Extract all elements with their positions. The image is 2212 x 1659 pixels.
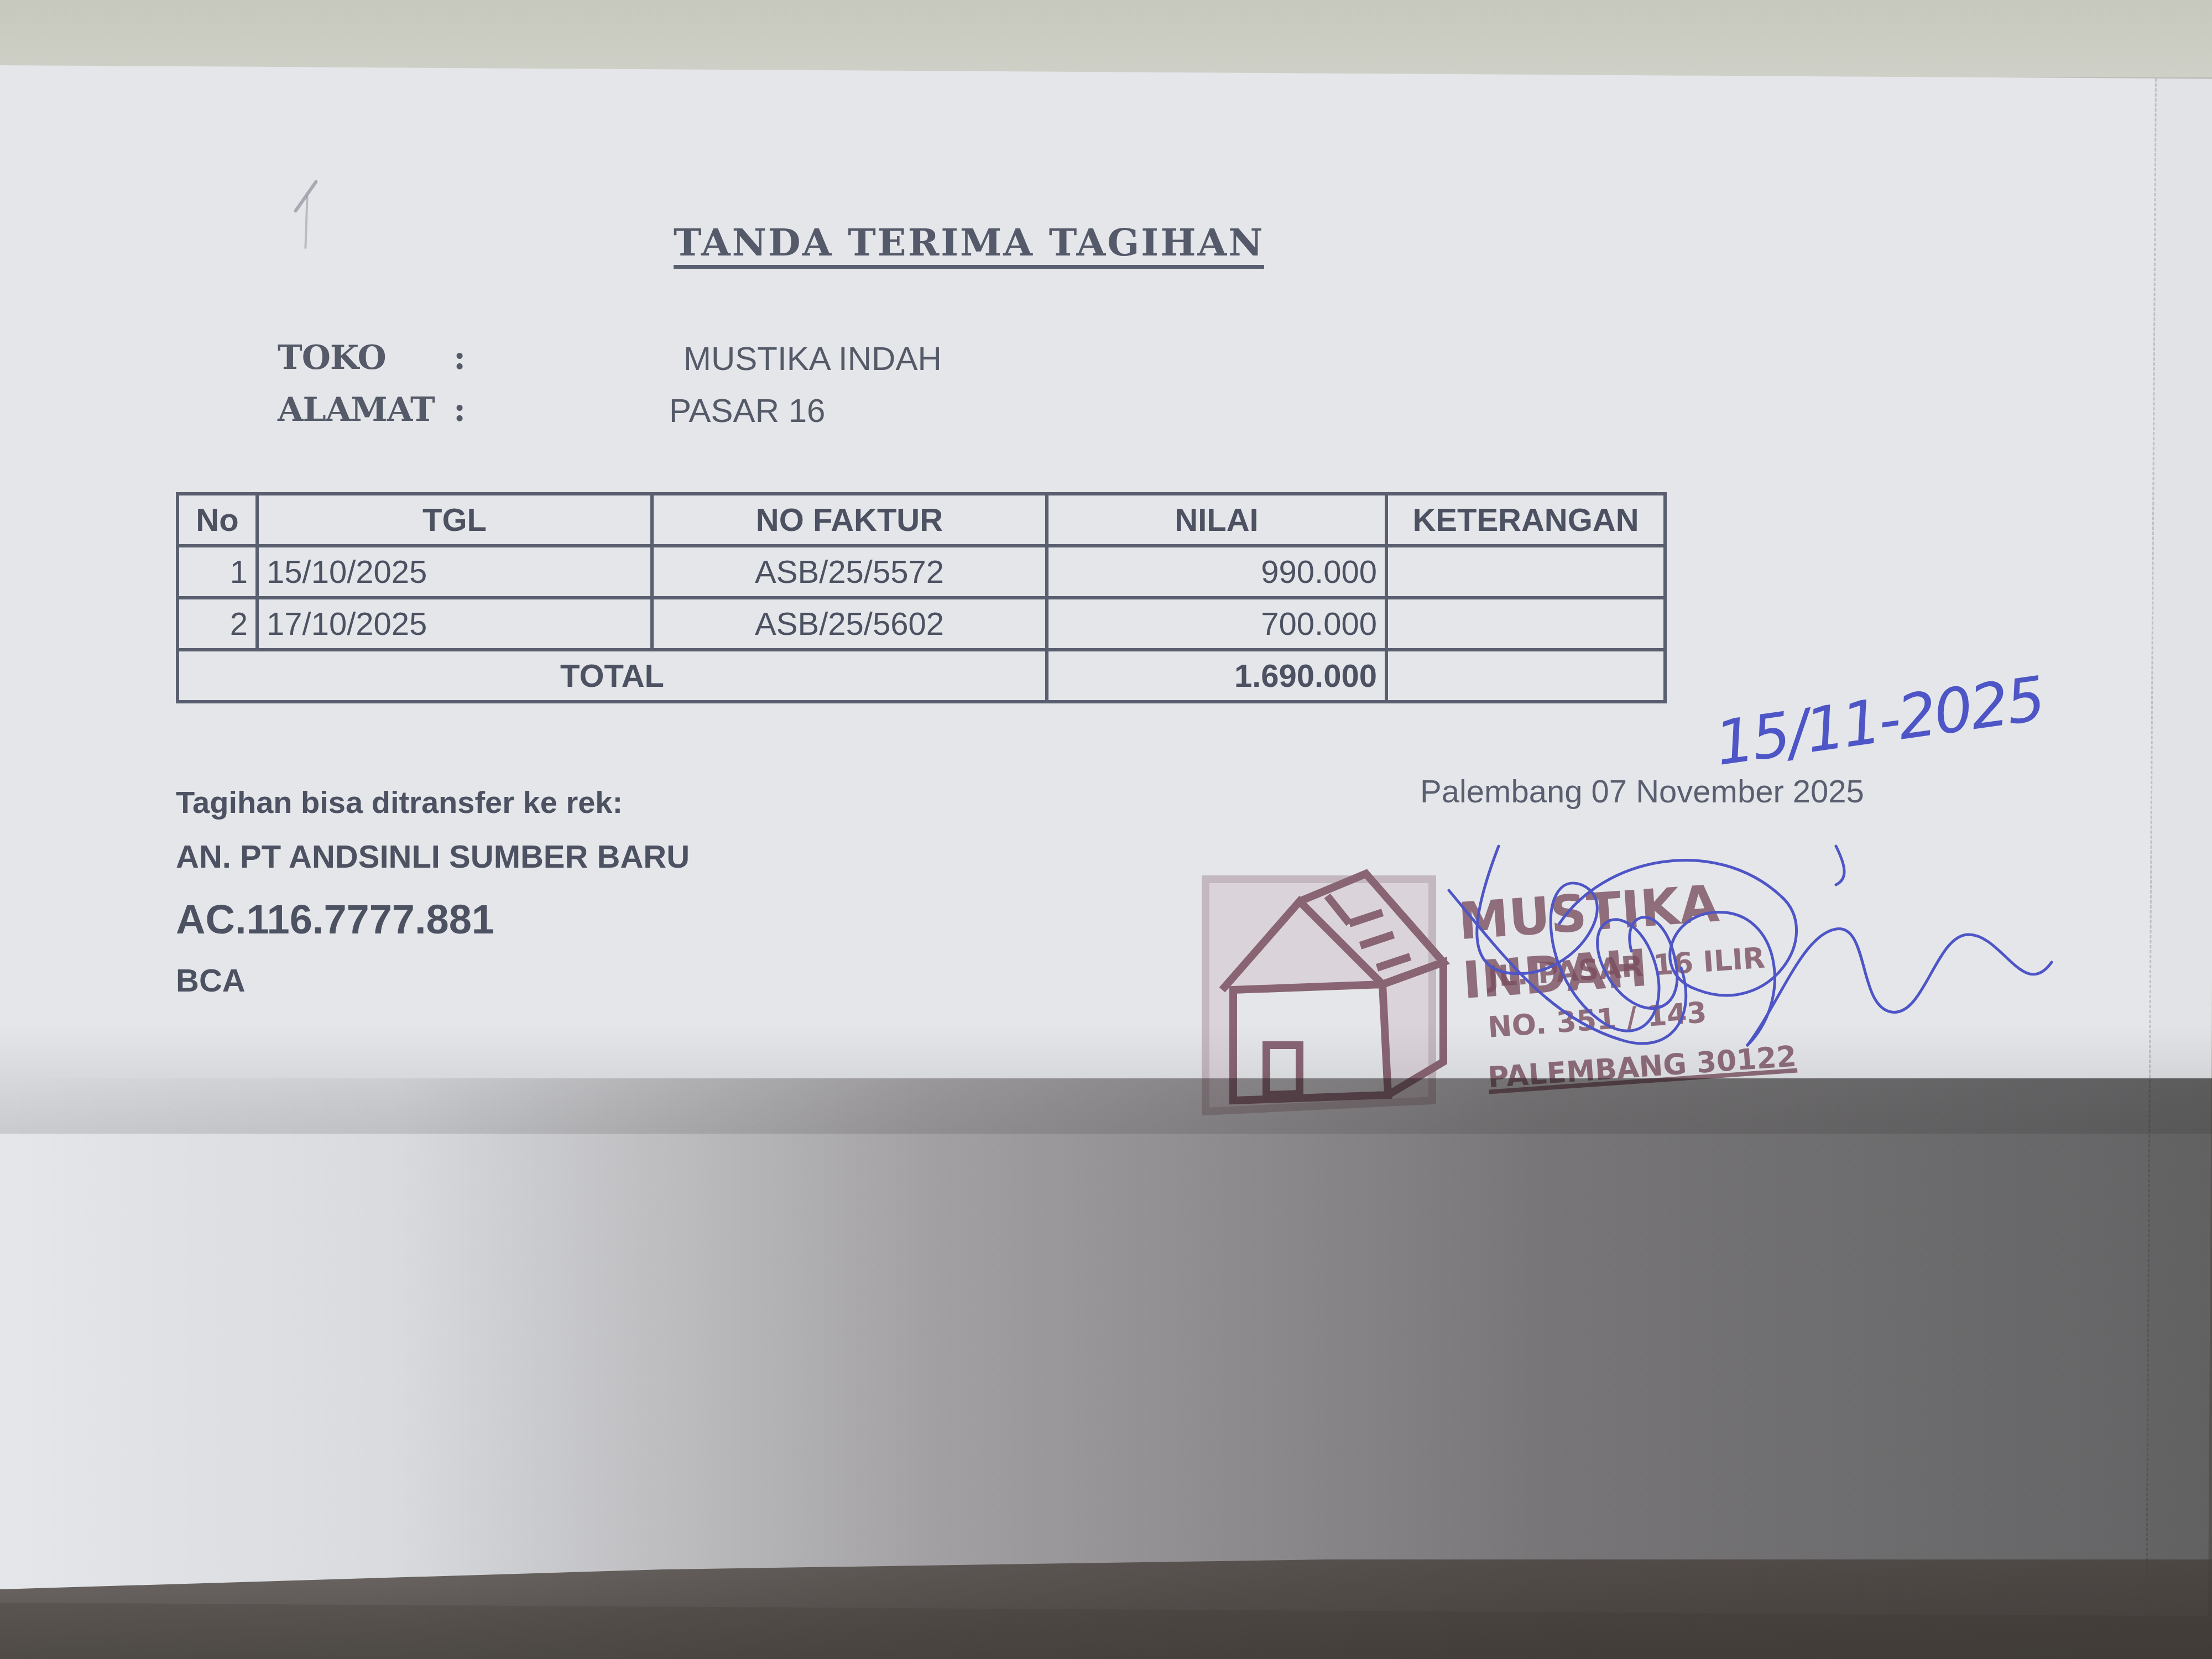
header-no: No [178, 494, 257, 546]
cell-invoice-number: ASB/25/5572 [652, 546, 1047, 598]
payment-instruction: Tagihan bisa ditransfer ke rek: [176, 784, 623, 820]
cell-notes [1386, 598, 1665, 650]
store-name: MUSTIKA INDAH [684, 340, 942, 378]
header-notes: KETERANGAN [1386, 494, 1665, 546]
place-and-date: Palembang 07 November 2025 [1420, 773, 1864, 810]
cell-value: 990.000 [1047, 546, 1386, 598]
cell-value: 700.000 [1047, 598, 1386, 650]
account-number: AC.116.7777.881 [176, 896, 494, 943]
header-date: TGL [257, 494, 652, 546]
address-label: ALAMAT [278, 390, 435, 429]
cell-date: 15/10/2025 [257, 546, 652, 598]
cell-date: 17/10/2025 [257, 598, 652, 650]
perforated-strip [2146, 79, 2212, 1616]
table-row: 2 17/10/2025 ASB/25/5602 700.000 [178, 598, 1665, 650]
address-value: PASAR 16 [669, 392, 825, 430]
cell-no: 1 [178, 546, 257, 598]
total-value: 1.690.000 [1047, 650, 1386, 702]
address-separator: : [453, 390, 465, 429]
bank-name: BCA [176, 962, 246, 999]
cell-no: 2 [178, 598, 257, 650]
header-invoice-number: NO FAKTUR [652, 494, 1047, 546]
cell-invoice-number: ASB/25/5602 [652, 598, 1047, 650]
total-notes [1386, 650, 1665, 702]
table-row: 1 15/10/2025 ASB/25/5572 990.000 [178, 546, 1665, 598]
table-surface-top [0, 0, 2212, 77]
header-value: NILAI [1047, 494, 1386, 546]
document-title: TANDA TERIMA TAGIHAN [674, 224, 1264, 269]
account-name: AN. PT ANDSINLI SUMBER BARU [176, 838, 690, 875]
invoice-table: No TGL NO FAKTUR NILAI KETERANGAN 1 15/1… [176, 492, 1667, 703]
store-separator: : [453, 338, 465, 377]
cell-notes [1386, 546, 1665, 598]
signature-icon [1438, 835, 2057, 1067]
total-label: TOTAL [178, 650, 1047, 702]
table-header-row: No TGL NO FAKTUR NILAI KETERANGAN [178, 494, 1665, 546]
store-label: TOKO [278, 338, 386, 377]
total-row: TOTAL 1.690.000 [178, 650, 1665, 702]
